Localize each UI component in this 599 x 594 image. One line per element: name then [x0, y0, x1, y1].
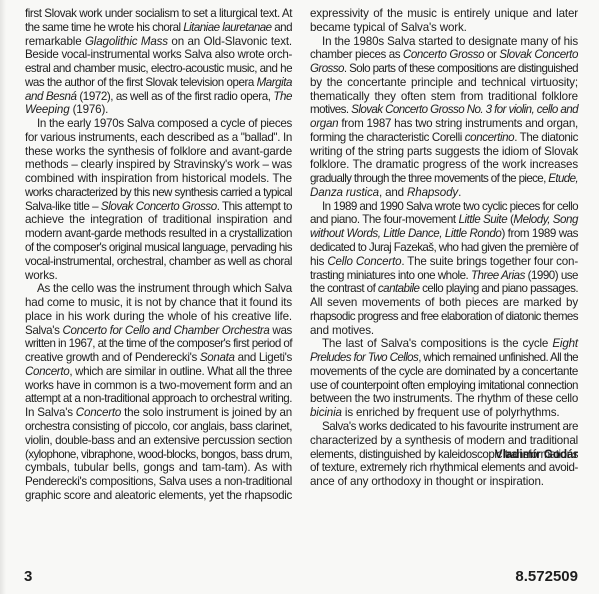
text-line: his Cello Concerto. The suite brings tog…	[310, 255, 578, 269]
body-text: In the early 1970s Salva composed a cycl…	[37, 117, 292, 130]
body-text: Salva's works dedicated to his favourite…	[322, 420, 578, 433]
text-line: for various instruments, each described …	[25, 131, 292, 145]
page-edge-shadow	[0, 0, 6, 594]
body-text: and Ligeti's	[235, 351, 292, 364]
body-text: Penderecki's compositions, Salva uses a …	[25, 475, 292, 488]
body-text: (1972), as well as of the first radio op…	[77, 90, 274, 103]
body-text: by the concertante principle and technic…	[310, 76, 578, 89]
text-line: trasting miniatures into one whole. Thre…	[310, 269, 578, 283]
text-line: Danza rustica, and Rhapsody.	[310, 186, 578, 200]
italic-title-text: Melody, Song	[513, 213, 578, 226]
italic-title-text: and Besná	[25, 90, 77, 103]
body-text: was	[270, 324, 292, 337]
body-text: use of counterpoint often employing imit…	[310, 379, 578, 392]
body-text: and	[272, 21, 292, 34]
body-text: folklore. The dramatic progress of the w…	[310, 158, 578, 171]
text-line: creative growth and of Penderecki's Sona…	[25, 351, 292, 365]
body-text: . This attempt to	[217, 200, 292, 213]
text-line: between the two instruments. The rhythm …	[310, 392, 578, 406]
text-line: In the early 1970s Salva composed a cycl…	[25, 117, 292, 131]
text-line: had come to music, it is not by chance t…	[25, 296, 292, 310]
italic-title-text: Concerto	[76, 406, 121, 419]
text-line: Salva's Concerto for Cello and Chamber O…	[25, 324, 292, 338]
text-line: became typical of Salva's work.	[310, 21, 578, 35]
italic-title-text: Concerto for Cello and Chamber Orchestra	[62, 324, 269, 337]
text-line: orchestra consisting of piccolo, cor ang…	[25, 420, 292, 434]
body-text: cymbals, tubular bells, gongs and tam-ta…	[25, 461, 292, 474]
italic-title-text: Slovak Concerto	[499, 48, 578, 61]
body-text: .	[458, 186, 461, 199]
body-text: combined with inspiration from historica…	[25, 172, 292, 185]
body-text: violin, double-bass and an extensive per…	[25, 434, 292, 447]
text-line: As the cello was the instrument through …	[25, 282, 292, 296]
body-text: of the composer's original musical langu…	[25, 241, 292, 254]
italic-title-text: Concerto	[25, 365, 69, 378]
italic-title-text: The	[273, 90, 292, 103]
body-text: . Solo parts of these compositions are d…	[344, 62, 578, 75]
italic-title-text: Concerto Grosso	[403, 48, 484, 61]
text-line: first Slovak work under socialism to set…	[25, 7, 292, 21]
text-line: of texture, extremely rich rhythmical el…	[310, 461, 578, 475]
text-line: attempt at a non-traditional approach to…	[25, 392, 292, 406]
body-text: became typical of Salva's work.	[310, 21, 467, 34]
body-text: forming the characteristic Corelli	[310, 131, 465, 144]
italic-title-text: cantabile	[378, 282, 419, 295]
left-text-column: first Slovak work under socialism to set…	[25, 7, 292, 503]
body-text: (xylophone, vibraphone, wood-blocks, bon…	[25, 448, 292, 461]
italic-title-text: Little Suite	[458, 213, 507, 226]
body-text: and piano. The four-movement	[310, 213, 458, 226]
text-line: Salva's works dedicated to his favourite…	[310, 420, 578, 434]
author-signature: Vladimír Godár	[495, 448, 578, 461]
text-line: of the composer's original musical langu…	[25, 241, 292, 255]
catalog-number: 8.572509	[515, 568, 578, 585]
body-text: for various instruments, each described …	[25, 131, 292, 144]
body-text: the solo instrument is joined by an	[121, 406, 292, 419]
text-line: movements of the cycle are dominated by …	[310, 365, 578, 379]
text-line: by the concertante principle and technic…	[310, 76, 578, 90]
text-line: Preludes for Two Cellos, which remained …	[310, 351, 578, 365]
italic-title-text: Eight	[552, 337, 578, 350]
text-line: works.	[25, 269, 292, 283]
text-line: folklore. The dramatic progress of the w…	[310, 158, 578, 172]
text-line: these works the synthesis of folklore an…	[25, 145, 292, 159]
body-text: or	[484, 48, 499, 61]
body-text: vocal-instrumental, orchestral, chamber …	[25, 255, 292, 268]
body-text: expressivity of the music is entirely un…	[310, 7, 578, 20]
text-line: was the author of the first Slovak telev…	[25, 76, 292, 90]
text-line: and Besná (1972), as well as of the firs…	[25, 90, 292, 104]
body-text: , which remained unfinished. All the	[418, 351, 578, 364]
text-line: works characterized by this new synthesi…	[25, 186, 292, 200]
text-line: cymbals, tubular bells, gongs and tam-ta…	[25, 461, 292, 475]
text-line: Salva-like title – Slovak Concerto Gross…	[25, 200, 292, 214]
body-text: achieve the integration of traditional i…	[25, 213, 292, 226]
text-line: achieve the integration of traditional i…	[25, 213, 292, 227]
body-text: is enriched by frequent use of polyrhyth…	[342, 406, 560, 419]
italic-title-text: Etude,	[548, 172, 578, 185]
body-text: works.	[25, 269, 58, 282]
italic-title-text: bicinia	[310, 406, 342, 419]
text-line: In 1989 and 1990 Salva wrote two cyclic …	[310, 200, 578, 214]
text-line: thematically they often stem from tradit…	[310, 90, 578, 104]
text-line: remarkable Glagolithic Mass on an Old-Sl…	[25, 35, 292, 49]
body-text: his	[310, 255, 327, 268]
body-text: (1990) use	[525, 269, 578, 282]
text-line: rhapsodic progress and free elaboration …	[310, 310, 578, 324]
body-text: the same time he wrote his choral	[25, 21, 183, 34]
body-text: Beside vocal-instrumental works Salva al…	[25, 48, 292, 61]
italic-title-text: Cello Concerto	[327, 255, 401, 268]
italic-title-text: Three Arias	[471, 269, 525, 282]
text-line: graphic score and aleatoric elements, ye…	[25, 489, 292, 503]
body-text: between the two instruments. The rhythm …	[310, 392, 578, 405]
text-line: estral and chamber music, electro-acoust…	[25, 62, 292, 76]
text-line: place in his work during the whole of hi…	[25, 310, 292, 324]
body-text: movements of the cycle are dominated by …	[310, 365, 578, 378]
italic-title-text: Preludes for Two Cellos	[310, 351, 418, 364]
body-text: had come to music, it is not by chance t…	[25, 296, 292, 309]
body-text: gradually through the three movements of…	[310, 172, 548, 185]
text-line: the contrast of cantabile cello playing …	[310, 282, 578, 296]
text-line: Weeping (1976).	[25, 103, 292, 117]
body-text: thematically they often stem from tradit…	[310, 90, 578, 103]
text-line: the same time he wrote his choral Litani…	[25, 21, 292, 35]
text-line: forming the characteristic Corelli conce…	[310, 131, 578, 145]
body-text: these works the synthesis of folklore an…	[25, 145, 292, 158]
body-text: All seven movements of both pieces are m…	[310, 296, 578, 309]
body-text: estral and chamber music, electro-acoust…	[25, 62, 292, 75]
italic-title-text: Slovak Concerto Grosso No. 3 for violin,…	[351, 103, 578, 116]
body-text: attempt at a non-traditional approach to…	[25, 392, 292, 405]
body-text: and motives.	[310, 324, 374, 337]
body-text: first Slovak work under socialism to set…	[25, 7, 292, 20]
body-text: In Salva's	[25, 406, 76, 419]
text-line: chamber pieces as Concerto Grosso or Slo…	[310, 48, 578, 62]
italic-title-text: Sonata	[200, 351, 235, 364]
body-text: ance of any orthodoxy in thought or insp…	[310, 475, 544, 488]
body-text: As the cello was the instrument through …	[37, 282, 292, 295]
italic-title-text: Danza rustica	[310, 186, 379, 199]
body-text: characterized by a synthesis of modern a…	[310, 434, 578, 447]
body-text: , which are similar in outline. What all…	[69, 365, 292, 378]
italic-title-text: concertino	[465, 131, 514, 144]
italic-title-text: Glagolithic Mass	[85, 35, 168, 48]
text-line: writing of the string parts suggests the…	[310, 145, 578, 159]
text-line: violin, double-bass and an extensive per…	[25, 434, 292, 448]
italic-title-text: Margita	[257, 76, 292, 89]
text-line: use of counterpoint often employing imit…	[310, 379, 578, 393]
text-line: In the 1980s Salva started to designate …	[310, 35, 578, 49]
body-text: on an Old-Slavonic text.	[168, 35, 292, 48]
text-line: and piano. The four-movement Little Suit…	[310, 213, 578, 227]
body-text: place in his work during the whole of hi…	[25, 310, 292, 323]
text-line: In Salva's Concerto the solo instrument …	[25, 406, 292, 420]
text-line: Concerto, which are similar in outline. …	[25, 365, 292, 379]
text-line: without Words, Little Dance, Little Rond…	[310, 227, 578, 241]
body-text: remarkable	[25, 35, 85, 48]
italic-title-text: without Words, Little Dance, Little Rond…	[310, 227, 501, 240]
text-line: modern avant-garde methods resulted in a…	[25, 227, 292, 241]
body-text: works have in common is a two-movement f…	[25, 379, 292, 392]
body-text: The last of Salva's compositions is the …	[322, 337, 552, 350]
body-text: from 1987 has two string instruments and…	[338, 117, 578, 130]
body-text: graphic score and aleatoric elements, ye…	[25, 489, 292, 502]
text-line: motives. Slovak Concerto Grosso No. 3 fo…	[310, 103, 578, 117]
right-text-column: expressivity of the music is entirely un…	[310, 7, 578, 489]
italic-title-text: Slovak Concerto Grosso	[101, 200, 217, 213]
body-text: In 1989 and 1990 Salva wrote two cyclic …	[322, 200, 578, 213]
body-text: was the author of the first Slovak telev…	[25, 76, 257, 89]
body-text: cello playing and piano passages.	[419, 282, 578, 295]
body-text: . The suite brings together four con-	[401, 255, 578, 268]
body-text: writing of the string parts suggests the…	[310, 145, 578, 158]
body-text: Salva's	[25, 324, 62, 337]
text-line: Beside vocal-instrumental works Salva al…	[25, 48, 292, 62]
page-number: 3	[24, 568, 32, 585]
body-text: creative growth and of Penderecki's	[25, 351, 200, 364]
body-text: dedicated to Juraj Fazekaš, who had give…	[310, 241, 578, 254]
body-text: modern avant-garde methods resulted in a…	[25, 227, 292, 240]
text-line: dedicated to Juraj Fazekaš, who had give…	[310, 241, 578, 255]
text-line: methods – clearly inspired by Stravinsky…	[25, 158, 292, 172]
text-line: expressivity of the music is entirely un…	[310, 7, 578, 21]
text-line: vocal-instrumental, orchestral, chamber …	[25, 255, 292, 269]
body-text: motives.	[310, 103, 351, 116]
body-text: written in 1967, at the time of the comp…	[25, 337, 292, 350]
text-line: ance of any orthodoxy in thought or insp…	[310, 475, 578, 489]
body-text: rhapsodic progress and free elaboration …	[310, 310, 578, 323]
body-text: . The diatonic	[514, 131, 578, 144]
body-text: chamber pieces as	[310, 48, 403, 61]
italic-title-text: Grosso	[310, 62, 344, 75]
body-text: the contrast of	[310, 282, 378, 295]
text-line: written in 1967, at the time of the comp…	[25, 337, 292, 351]
text-line: works have in common is a two-movement f…	[25, 379, 292, 393]
text-line: characterized by a synthesis of modern a…	[310, 434, 578, 448]
body-text: , and	[379, 186, 407, 199]
body-text: trasting miniatures into one whole.	[310, 269, 471, 282]
text-line: (xylophone, vibraphone, wood-blocks, bon…	[25, 448, 292, 462]
text-line: gradually through the three movements of…	[310, 172, 578, 186]
text-line: combined with inspiration from historica…	[25, 172, 292, 186]
italic-title-text: Rhapsody	[407, 186, 458, 199]
text-line: Grosso. Solo parts of these compositions…	[310, 62, 578, 76]
body-text: orchestra consisting of piccolo, cor ang…	[25, 420, 292, 433]
text-line: organ from 1987 has two string instrumen…	[310, 117, 578, 131]
text-line: and motives.	[310, 324, 578, 338]
body-text: (1976).	[70, 103, 109, 116]
text-line: The last of Salva's compositions is the …	[310, 337, 578, 351]
italic-title-text: Weeping	[25, 103, 70, 116]
text-line: All seven movements of both pieces are m…	[310, 296, 578, 310]
italic-title-text: organ	[310, 117, 338, 130]
body-text: methods – clearly inspired by Stravinsky…	[25, 158, 292, 171]
text-line: Penderecki's compositions, Salva uses a …	[25, 475, 292, 489]
italic-title-text: Litaniae lauretanae	[183, 21, 271, 34]
text-line: bicinia is enriched by frequent use of p…	[310, 406, 578, 420]
body-text: ) from 1989 was	[501, 227, 578, 240]
body-text: of texture, extremely rich rhythmical el…	[310, 461, 578, 474]
body-text: Salva-like title –	[25, 200, 101, 213]
body-text: works characterized by this new synthesi…	[25, 186, 292, 199]
body-text: In the 1980s Salva started to designate …	[322, 35, 578, 48]
